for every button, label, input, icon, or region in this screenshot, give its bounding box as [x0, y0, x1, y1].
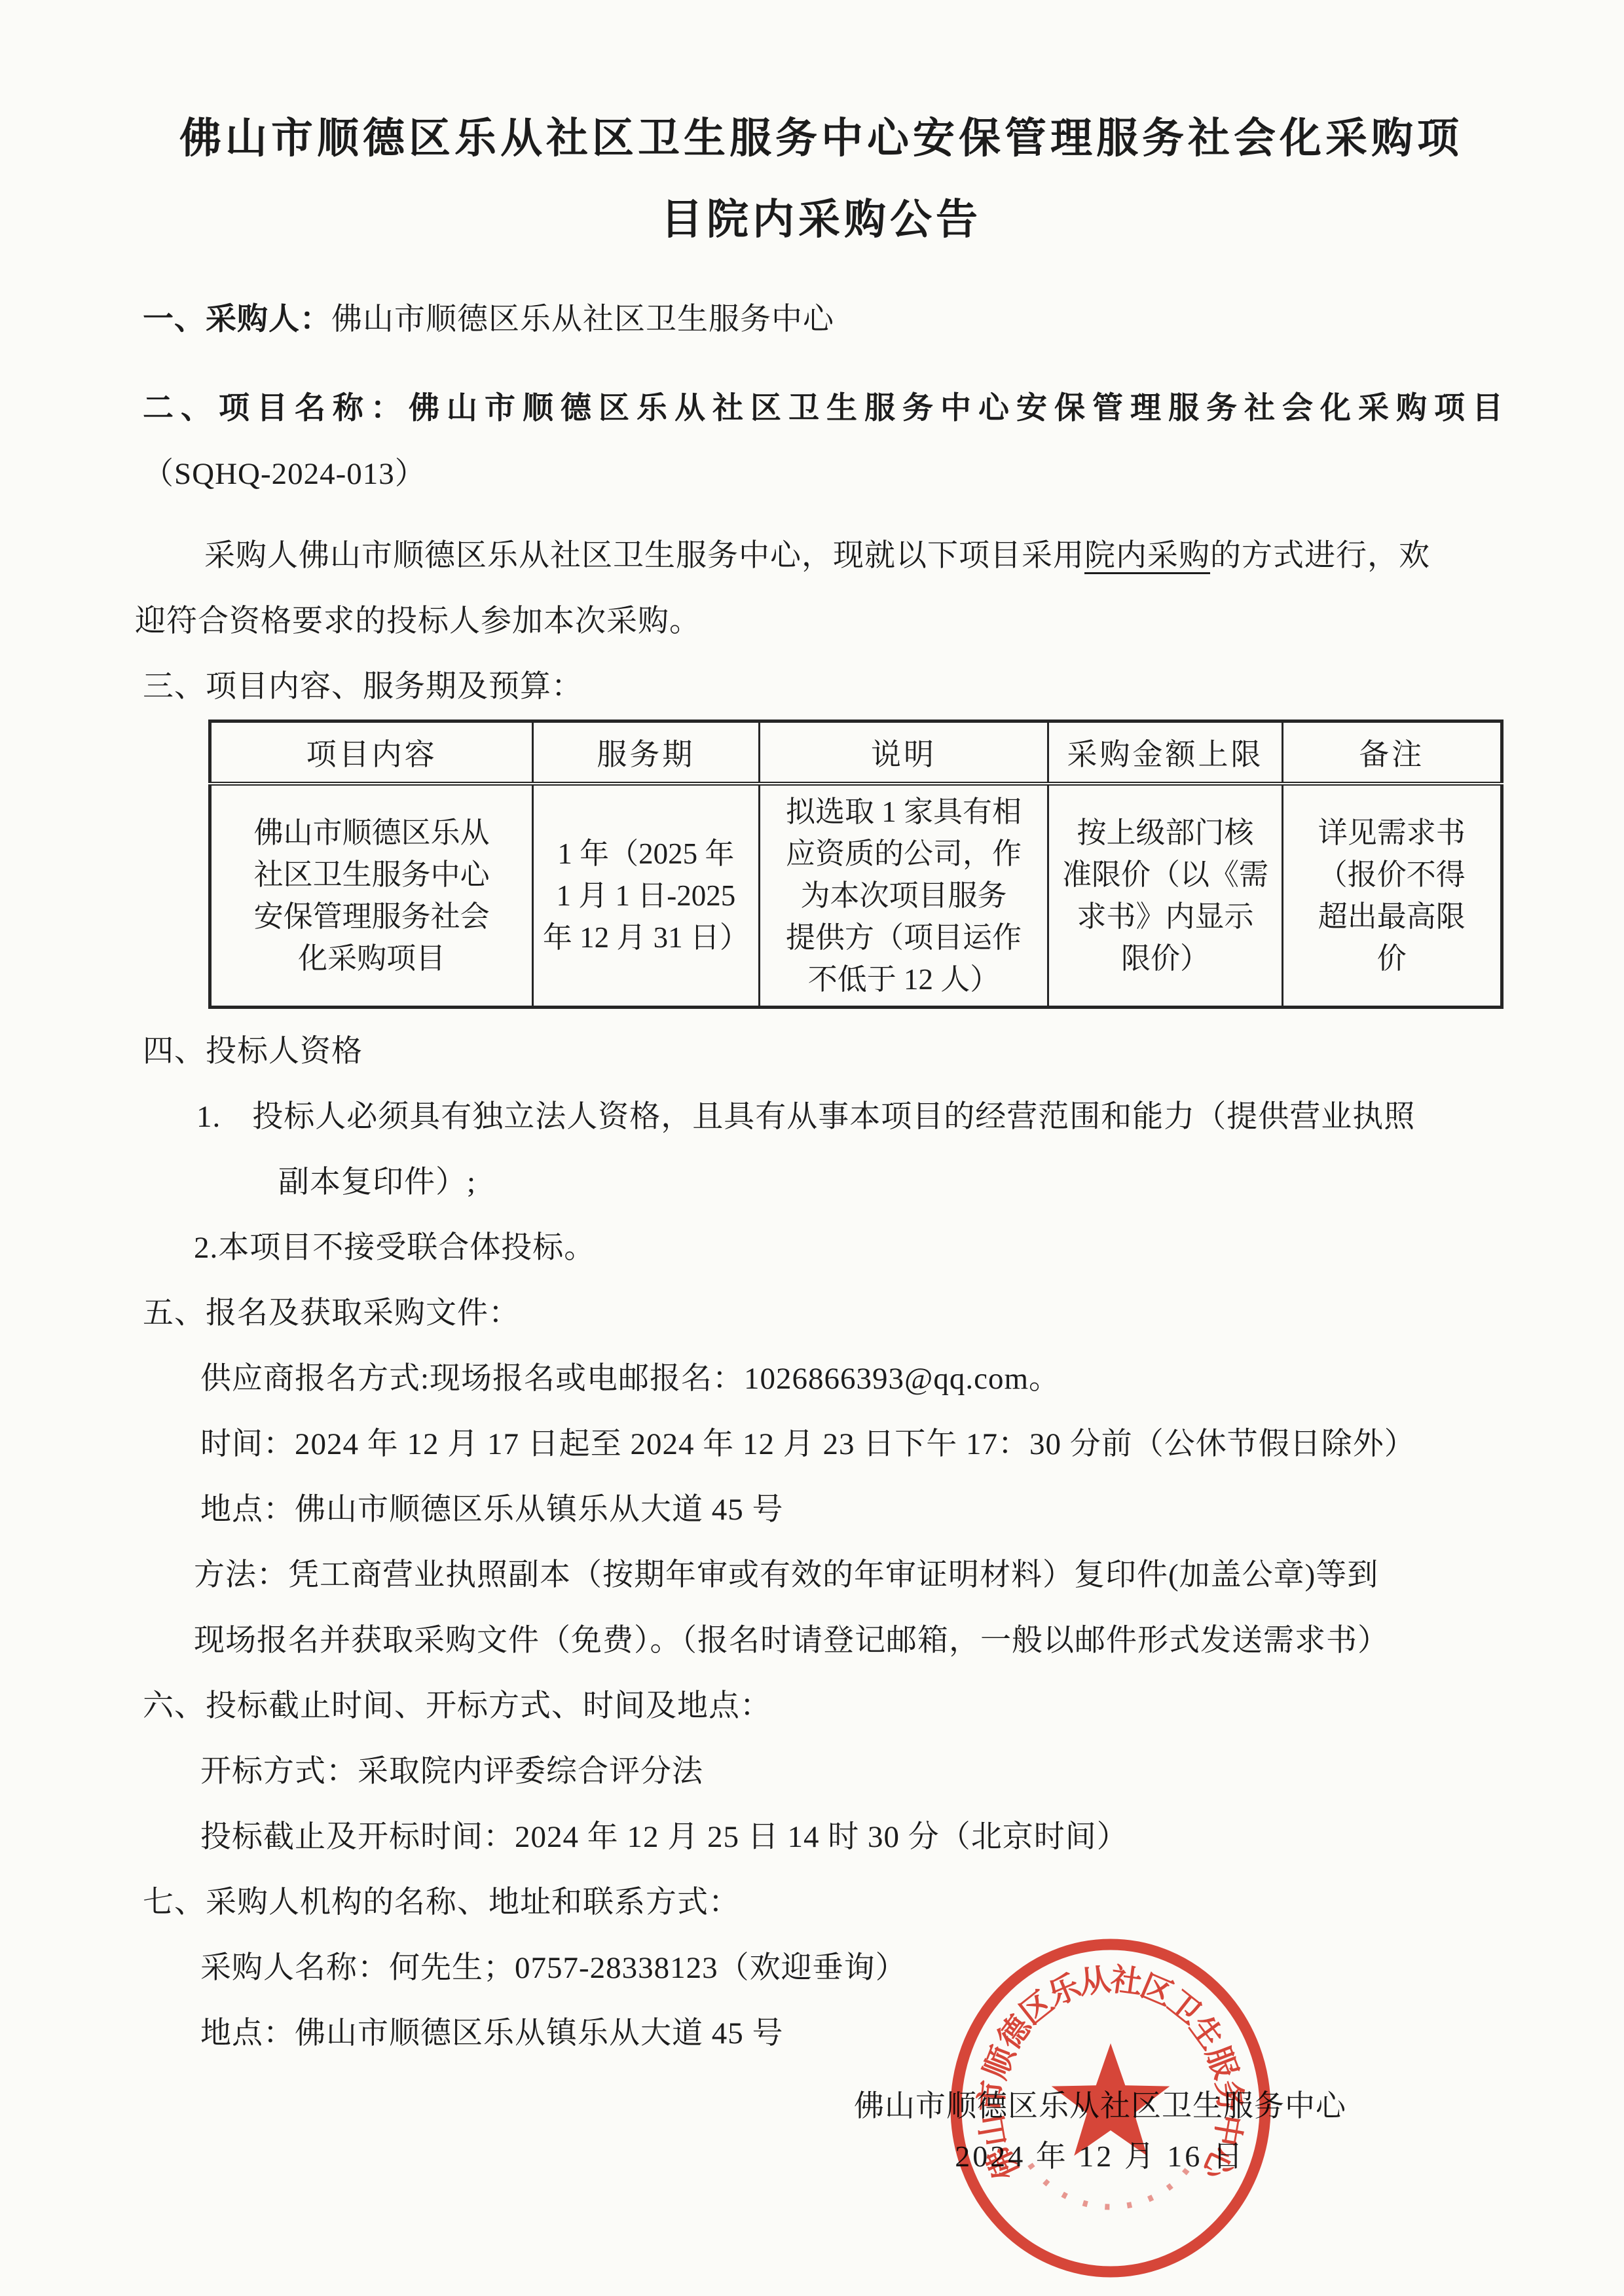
bidder-qualification-item-2: 2.本项目不接受联合体投标。: [143, 1215, 1500, 1281]
registration-method-line: 供应商报名方式:现场报名或电邮报名：1026866393@qq.com。: [143, 1346, 1500, 1412]
section-5-heading: 五、报名及获取采购文件：: [143, 1281, 1500, 1346]
section-1-value: 佛山市顺德区乐从社区卫生服务中心: [331, 302, 834, 337]
project-code: （SQHQ-2024-013）: [143, 441, 1500, 507]
stamp-ring-char: 市: [974, 2079, 1011, 2113]
cell-project-content: 佛山市顺德区乐从 社区卫生服务中心 安保管理服务社会 化采购项目: [210, 784, 533, 1008]
official-seal-stamp: 佛山市顺德区乐从社区卫生服务中心: [943, 1935, 1278, 2285]
section-6-heading: 六、投标截止时间、开标方式、时间及地点：: [143, 1673, 1500, 1739]
purchaser-address-line: 地点：佛山市顺德区乐从镇乐从大道 45 号: [143, 2001, 1500, 2066]
registration-time-line: 时间：2024 年 12 月 17 日起至 2024 年 12 月 23 日下午…: [143, 1412, 1500, 1477]
title-line-2: 目院内采购公告: [143, 179, 1500, 261]
stamp-star-icon: [1052, 2043, 1170, 2156]
bidder-qualification-item-1-line-2: 副本复印件）;: [143, 1150, 1500, 1215]
section-3-heading: 三、项目内容、服务期及预算：: [143, 654, 1500, 720]
header-amount-limit: 采购金额上限: [1048, 721, 1282, 784]
header-project-content: 项目内容: [210, 721, 533, 784]
intro-underlined-phrase: 院内采购: [1084, 539, 1210, 573]
cell-description: 拟选取 1 家具有相 应资质的公司，作 为本次项目服务 提供方（项目运作 不低于…: [759, 784, 1048, 1008]
section-4-heading: 四、投标人资格: [143, 1019, 1500, 1084]
document-content: 佛山市顺德区乐从社区卫生服务中心安保管理服务社会化采购项 目院内采购公告 一、采…: [143, 0, 1500, 2066]
stamp-serial-marks: [1030, 2164, 1191, 2207]
document-title: 佛山市顺德区乐从社区卫生服务中心安保管理服务社会化采购项 目院内采购公告: [143, 98, 1500, 261]
intro-text-post: 的方式进行，欢: [1210, 539, 1430, 573]
bid-opening-method-line: 开标方式：采取院内评委综合评分法: [143, 1739, 1500, 1804]
section-2-project-name: 二、项目名称：佛山市顺德区乐从社区卫生服务中心安保管理服务社会化采购项目: [143, 376, 1500, 441]
stamp-ring-char: 山: [974, 2112, 1013, 2149]
table-row: 佛山市顺德区乐从 社区卫生服务中心 安保管理服务社会 化采购项目 1 年（202…: [210, 784, 1502, 1008]
registration-procedure-line-1: 方法：凭工商营业执照副本（按期年审或有效的年审证明材料）复印件(加盖公章)等到: [143, 1542, 1500, 1608]
registration-address-line: 地点：佛山市顺德区乐从镇乐从大道 45 号: [143, 1477, 1500, 1542]
project-table: 项目内容 服务期 说明 采购金额上限 备注 佛山市顺德区乐从 社区卫生服务中心 …: [208, 720, 1504, 1009]
cell-service-period: 1 年（2025 年 1 月 1 日-2025 年 12 月 31 日）: [533, 784, 759, 1008]
section-7-heading: 七、采购人机构的名称、地址和联系方式：: [143, 1870, 1500, 1935]
purchaser-contact-line: 采购人名称：何先生；0757-28338123（欢迎垂询）: [143, 1935, 1500, 2001]
section-1-label: 一、采购人：: [143, 302, 331, 337]
stamp-ring-char: 务: [1209, 2079, 1247, 2113]
stamp-ring-char: 从: [1077, 1962, 1113, 2001]
cell-remarks: 详见需求书 （报价不得 超出最高限 价: [1282, 784, 1502, 1008]
intro-paragraph-line-2: 迎符合资格要求的投标人参加本次采购。: [135, 589, 1500, 654]
document-page: 佛山市顺德区乐从社区卫生服务中心安保管理服务社会化采购项 目院内采购公告 一、采…: [0, 0, 1624, 2296]
header-remarks: 备注: [1282, 721, 1502, 784]
intro-text-pre: 采购人佛山市顺德区乐从社区卫生服务中心，现就以下项目采用: [204, 539, 1084, 573]
bid-deadline-line: 投标截止及开标时间：2024 年 12 月 25 日 14 时 30 分（北京时…: [143, 1804, 1500, 1870]
table-header-row: 项目内容 服务期 说明 采购金额上限 备注: [210, 721, 1502, 784]
header-service-period: 服务期: [533, 721, 759, 784]
stamp-ring-char: 心: [1195, 2141, 1240, 2186]
cell-amount-limit: 按上级部门核 准限价（以《需 求书》内显示 限价）: [1048, 784, 1282, 1008]
header-description: 说明: [759, 721, 1048, 784]
bidder-qualification-item-1-line-1: 1. 投标人必须具有独立法人资格，且具有从事本项目的经营范围和能力（提供营业执照: [143, 1084, 1500, 1150]
section-1-purchaser: 一、采购人：佛山市顺德区乐从社区卫生服务中心: [143, 287, 1500, 352]
registration-procedure-line-2: 现场报名并获取采购文件（免费）。（报名时请登记邮箱，一般以邮件形式发送需求书）: [143, 1608, 1500, 1673]
intro-paragraph-line-1: 采购人佛山市顺德区乐从社区卫生服务中心，现就以下项目采用院内采购的方式进行，欢: [143, 523, 1500, 589]
title-line-1: 佛山市顺德区乐从社区卫生服务中心安保管理服务社会化采购项: [143, 98, 1500, 179]
